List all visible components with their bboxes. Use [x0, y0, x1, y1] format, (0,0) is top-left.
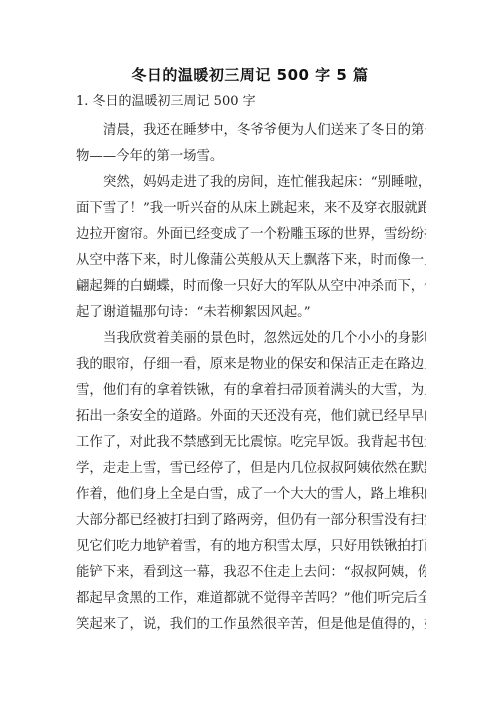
text-line: 作着，他们身上全是白雪，成了一个大大的雪人，路上堆积的大雪 [76, 482, 426, 508]
text-line: 拓出一条安全的道路。外面的天还没有亮，他们就已经早早的出来 [76, 404, 426, 430]
document-page: 冬日的温暖初三周记 500 字 5 篇 1. 冬日的温暖初三周记 500 字 清… [0, 0, 500, 707]
text-line: 翩起舞的白蝴蝶，时而像一只好大的军队从空中冲杀而下，使我想 [76, 274, 426, 300]
essay-body: 清晨，我还在睡梦中，冬爷爷便为人们送来了冬日的第一份礼 物——今年的第一场雪。 … [76, 118, 426, 638]
text-line: 能铲下来，看到这一幕，我忍不住走上去问：“叔叔阿姨，你每天 [76, 560, 426, 586]
section-heading: 1. 冬日的温暖初三周记 500 字 [76, 92, 256, 112]
text-line: 突然，妈妈走进了我的房间，连忙催我起床：“别睡啦，看外 [76, 170, 426, 196]
text-line: 都起早贪黑的工作，难道都就不觉得辛苦吗？”他们听完后全都微 [76, 586, 426, 612]
text-line: 边拉开窗帘。外面已经变成了一个粉雕玉琢的世界，雪纷纷扬扬地 [76, 222, 426, 248]
text-line: 从空中落下来，时儿像蒲公英般从天上飘落下来，时而像一只只翩 [76, 248, 426, 274]
text-line: 面下雪了！”我一听兴奋的从床上跳起来，来不及穿衣服就跑到窗 [76, 196, 426, 222]
text-line: 我的眼帘，仔细一看，原来是物业的保安和保洁正走在路边上扫 [76, 352, 426, 378]
text-line: 物——今年的第一场雪。 [76, 144, 426, 170]
document-title: 冬日的温暖初三周记 500 字 5 篇 [0, 64, 500, 86]
text-line: 工作了，对此我不禁感到无比震惊。吃完早饭。我背起书包走上 [76, 430, 426, 456]
text-line: 清晨，我还在睡梦中，冬爷爷便为人们送来了冬日的第一份礼 [76, 118, 426, 144]
text-line: 见它们吃力地铲着雪，有的地方积雪太厚，只好用铁锹拍打两下才 [76, 534, 426, 560]
text-line: 大部分都已经被打扫到了路两旁，但仍有一部分积雪没有扫完，只 [76, 508, 426, 534]
text-line: 笑起来了，说，我们的工作虽然很辛苦，但是他是值得的，如果我 [76, 612, 426, 638]
text-line: 学，走走上雪，雪已经停了，但是内几位叔叔阿姨依然在默默的工 [76, 456, 426, 482]
text-line: 起了谢道韫那句诗：“未若柳絮因风起。” [76, 300, 426, 326]
text-line: 当我欣赏着美丽的景色时，忽然远处的几个小小的身影映入了 [76, 326, 426, 352]
text-line: 雪，他们有的拿着铁锹，有的拿着扫帚顶着满头的大雪，为人们开 [76, 378, 426, 404]
